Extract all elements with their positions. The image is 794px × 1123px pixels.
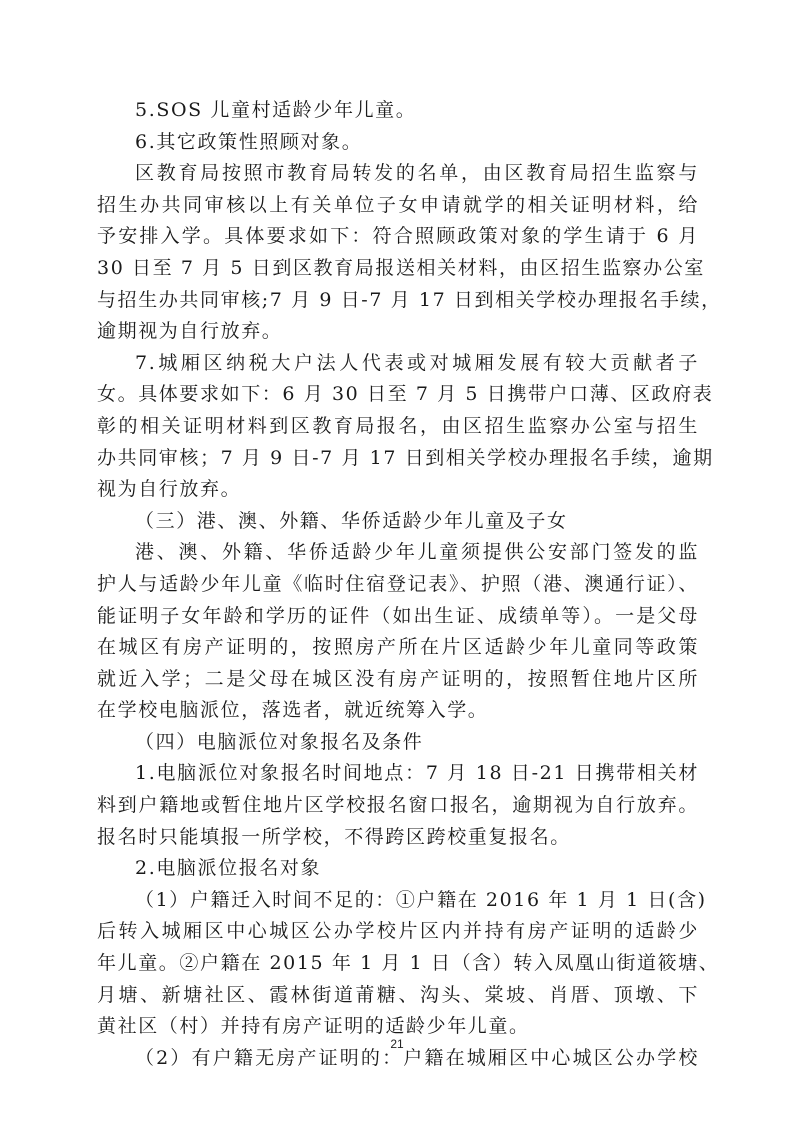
text-line: 7.城厢区纳税大户法人代表或对城厢发展有较大贡献者子 — [97, 348, 699, 380]
text-line: 年儿童。②户籍在 2015 年 1 月 1 日（含）转入凤凰山街道筱塘、 — [97, 948, 699, 980]
text-line: （四）电脑派位对象报名及条件 — [97, 727, 699, 759]
document-page: 5.SOS 儿童村适龄少年儿童。6.其它政策性照顾对象。区教育局按照市教育局转发… — [0, 0, 794, 1123]
text-line: 就近入学；二是父母在城区没有房产证明的，按照暂住地片区所 — [97, 664, 699, 696]
text-line: 予安排入学。具体要求如下：符合照顾政策对象的学生请于 6 月 — [97, 221, 699, 253]
text-line: 30 日至 7 月 5 日到区教育局报送相关材料，由区招生监察办公室 — [97, 253, 699, 285]
text-line: 料到户籍地或暂住地片区学校报名窗口报名，逾期视为自行放弃。 — [97, 790, 699, 822]
text-line: 与招生办共同审核;7 月 9 日-7 月 17 日到相关学校办理报名手续， — [97, 285, 699, 317]
text-line: 1.电脑派位对象报名时间地点：7 月 18 日-21 日携带相关材 — [97, 758, 699, 790]
text-line: 在城区有房产证明的，按照房产所在片区适龄少年儿童同等政策 — [97, 632, 699, 664]
text-line: 报名时只能填报一所学校，不得跨区跨校重复报名。 — [97, 822, 699, 854]
text-line: 2.电脑派位报名对象 — [97, 853, 699, 885]
text-line: 招生办共同审核以上有关单位子女申请就学的相关证明材料，给 — [97, 190, 699, 222]
page-number: 21 — [0, 1037, 794, 1051]
text-line: 能证明子女年龄和学历的证件（如出生证、成绩单等）。一是父母 — [97, 601, 699, 633]
text-line: 女。具体要求如下：6 月 30 日至 7 月 5 日携带户口薄、区政府表 — [97, 379, 699, 411]
text-line: 彰的相关证明材料到区教育局报名，由区招生监察办公室与招生 — [97, 411, 699, 443]
text-line: 办共同审核；7 月 9 日-7 月 17 日到相关学校办理报名手续，逾期 — [97, 443, 699, 475]
text-line: （三）港、澳、外籍、华侨适龄少年儿童及子女 — [97, 506, 699, 538]
text-line: 视为自行放弃。 — [97, 474, 699, 506]
text-line: 后转入城厢区中心城区公办学校片区内并持有房产证明的适龄少 — [97, 916, 699, 948]
text-line: （1）户籍迁入时间不足的：①户籍在 2016 年 1 月 1 日(含) — [97, 885, 699, 917]
text-line: 港、澳、外籍、华侨适龄少年儿童须提供公安部门签发的监 — [97, 537, 699, 569]
text-line: 6.其它政策性照顾对象。 — [97, 127, 699, 159]
text-line: 5.SOS 儿童村适龄少年儿童。 — [97, 95, 699, 127]
text-line: 区教育局按照市教育局转发的名单，由区教育局招生监察与 — [97, 158, 699, 190]
text-line: 在学校电脑派位，落选者，就近统筹入学。 — [97, 695, 699, 727]
text-line: 逾期视为自行放弃。 — [97, 316, 699, 348]
document-body: 5.SOS 儿童村适龄少年儿童。6.其它政策性照顾对象。区教育局按照市教育局转发… — [97, 95, 699, 1074]
text-line: 护人与适龄少年儿童《临时住宿登记表》、护照（港、澳通行证）、 — [97, 569, 699, 601]
text-line: 月塘、新塘社区、霞林街道莆糖、沟头、棠坡、肖厝、顶墩、下 — [97, 980, 699, 1012]
